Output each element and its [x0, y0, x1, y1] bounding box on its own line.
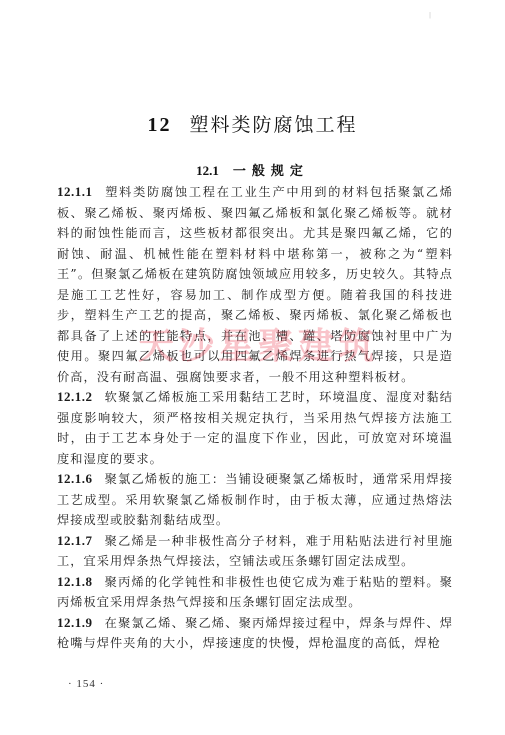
clause-text: 软聚氯乙烯板施工采用黏结工艺时，环境温度、湿度对黏结强度影响较大，须严格按相关规… — [57, 390, 453, 466]
clause-12-1-2: 12.1.2软聚氯乙烯板施工采用黏结工艺时，环境温度、湿度对黏结强度影响较大，须… — [57, 387, 453, 469]
chapter-title-text: 塑料类防腐蚀工程 — [189, 114, 357, 136]
scan-mark: | — [429, 12, 431, 19]
clause-12-1-7: 12.1.7聚乙烯是一种非极性高分子材料，难于用粘贴法进行衬里施工，宜采用焊条热… — [57, 531, 453, 572]
clause-number: 12.1.2 — [57, 389, 93, 404]
page-number: · 154 · — [68, 678, 104, 690]
section-title-text: 一般规定 — [233, 164, 309, 179]
section-title: 12.1一般规定 — [0, 160, 505, 179]
chapter-number: 12 — [147, 114, 171, 136]
clause-text: 在聚氯乙烯、聚乙烯、聚丙烯焊接过程中，焊条与焊件、焊枪嘴与焊件夹角的大小，焊接速… — [57, 616, 453, 651]
section-number: 12.1 — [196, 163, 219, 178]
clause-text: 聚氯乙烯板的施工：当铺设硬聚氯乙烯板时，通常采用焊接工艺成型。采用软聚氯乙烯板制… — [57, 472, 453, 527]
clause-12-1-9: 12.1.9在聚氯乙烯、聚乙烯、聚丙烯焊接过程中，焊条与焊件、焊枪嘴与焊件夹角的… — [57, 613, 453, 654]
clause-12-1-6: 12.1.6聚氯乙烯板的施工：当铺设硬聚氯乙烯板时，通常采用焊接工艺成型。采用软… — [57, 469, 453, 531]
clause-text: 聚丙烯的化学钝性和非极性也使它成为难于粘贴的塑料。聚丙烯板宜采用焊条热气焊接和压… — [57, 575, 453, 610]
clause-text: 聚乙烯是一种非极性高分子材料，难于用粘贴法进行衬里施工，宜采用焊条热气焊接法，空… — [57, 534, 453, 569]
clause-12-1-8: 12.1.8聚丙烯的化学钝性和非极性也使它成为难于粘贴的塑料。聚丙烯板宜采用焊条… — [57, 572, 453, 613]
chapter-title: 12塑料类防腐蚀工程 — [0, 110, 505, 137]
document-page: | 12塑料类防腐蚀工程 12.1一般规定 12.1.1塑料类防腐蚀工程在工业生… — [0, 0, 505, 735]
clause-number: 12.1.8 — [57, 574, 93, 589]
body-text: 12.1.1塑料类防腐蚀工程在工业生产中用到的材料包括聚氯乙烯板、聚乙烯板、聚丙… — [57, 182, 453, 654]
clause-text: 塑料类防腐蚀工程在工业生产中用到的材料包括聚氯乙烯板、聚乙烯板、聚丙烯板、聚四氟… — [57, 185, 453, 384]
clause-number: 12.1.6 — [57, 471, 93, 486]
clause-12-1-1: 12.1.1塑料类防腐蚀工程在工业生产中用到的材料包括聚氯乙烯板、聚乙烯板、聚丙… — [57, 182, 453, 387]
clause-number: 12.1.9 — [57, 615, 93, 630]
clause-number: 12.1.7 — [57, 533, 93, 548]
clause-number: 12.1.1 — [57, 184, 93, 199]
